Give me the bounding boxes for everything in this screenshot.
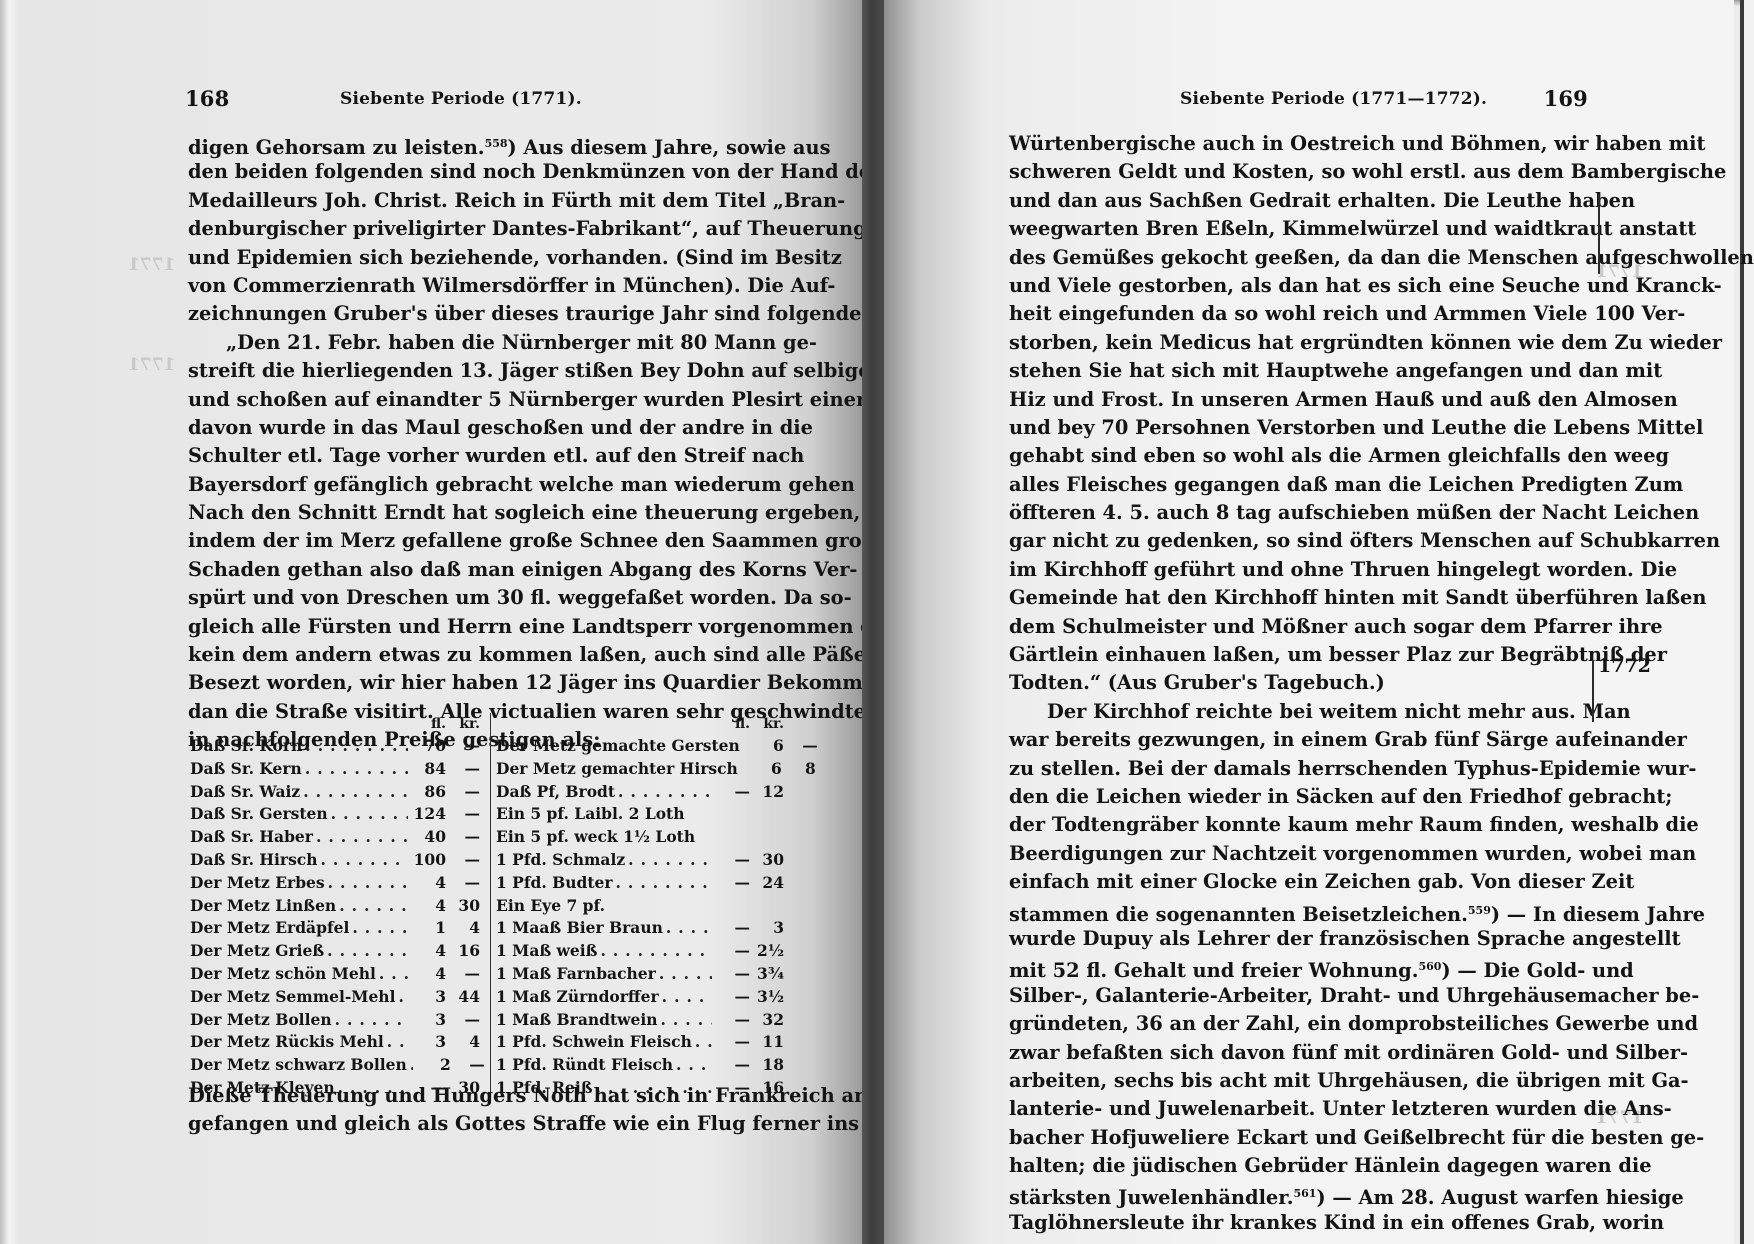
price-row: Daß Sr. Gersten.........................… <box>190 803 480 826</box>
text-line: öffteren 4. 5. auch 8 tag aufschieben mü… <box>1009 499 1589 527</box>
text-line: gleich alle Fürsten und Herrn eine Landt… <box>188 613 758 641</box>
price-kreuzer: 24 <box>750 872 784 895</box>
leader-dots: ............................. <box>325 872 408 895</box>
price-item: Ein Eye 7 pf. <box>496 895 605 918</box>
price-gulden: 2 <box>413 1054 451 1077</box>
price-item: Der Metz schwarz Bollen <box>190 1054 407 1077</box>
price-item: Der Metz Semmel-Mehl <box>190 986 395 1009</box>
text-line: dem Schulmeister und Mößner auch sogar d… <box>1009 613 1589 641</box>
text-line: gefangen und gleich als Gottes Straffe w… <box>188 1110 758 1138</box>
price-item: Daß Sr. Kern <box>190 758 302 781</box>
text-line: alles Fleisches gegangen daß man die Lei… <box>1009 471 1589 499</box>
price-item: Der Metz schön Mehl <box>190 963 376 986</box>
text-line: Besezt worden, wir hier haben 12 Jäger i… <box>188 669 758 697</box>
price-gulden: — <box>712 986 750 1009</box>
leader-dots: ............................. <box>332 1009 408 1032</box>
price-row: 1 Maß Brandtwein........................… <box>496 1009 784 1032</box>
price-row: Der Metz Semmel-Mehl....................… <box>190 986 480 1009</box>
price-row: Daß Sr. Haber...........................… <box>190 826 480 849</box>
text-line: zwar befaßten sich davon fünf mit ordinä… <box>1009 1039 1589 1067</box>
price-kreuzer: — <box>446 849 480 872</box>
text-line: gar nicht zu gedenken, so sind öfters Me… <box>1009 527 1589 555</box>
header-gulden: fl. <box>712 713 750 735</box>
price-item: Der Metz Grieß <box>190 940 324 963</box>
leader-dots: ............................. <box>663 917 712 940</box>
price-gulden: — <box>712 781 750 804</box>
price-row: Daß Sr. Waiz............................… <box>190 781 480 804</box>
price-kreuzer: 3¾ <box>750 963 784 986</box>
price-gulden: 70 <box>408 735 446 758</box>
price-row: Daß Sr. Kern............................… <box>190 758 480 781</box>
price-item: Daß Pf, Brodt <box>496 781 615 804</box>
text-line: Der Kirchhof reichte bei weitem nicht me… <box>1009 698 1589 726</box>
price-gulden: — <box>712 849 750 872</box>
leader-dots: ............................. <box>336 895 408 918</box>
running-head-title-left: Siebente Periode (1771). <box>340 89 582 109</box>
scan-left-edge <box>0 0 20 1244</box>
margin-bracket-mark <box>1598 194 1600 274</box>
price-row: Der Metz schön Mehl.....................… <box>190 963 480 986</box>
book-gutter-shadow <box>862 0 884 1244</box>
price-item: 1 Maß Farnbacher <box>496 963 656 986</box>
text-line: der Todtengräber konnte kaum mehr Raum f… <box>1009 811 1589 839</box>
price-gulden: 3 <box>408 1031 446 1054</box>
text-line: Würtenbergische auch in Oestreich und Bö… <box>1009 130 1589 158</box>
price-gulden: — <box>712 1054 750 1077</box>
text-line: war bereits gezwungen, in einem Grab fün… <box>1009 726 1589 754</box>
price-row: Daß Sr. Korn............................… <box>190 735 480 758</box>
footnote-ref[interactable]: 559 <box>1468 904 1491 917</box>
price-kreuzer: — <box>446 781 480 804</box>
price-row: Der Metz Erbes..........................… <box>190 872 480 895</box>
text-line: lanterie- und Juwelenarbeit. Unter letzt… <box>1009 1095 1589 1123</box>
text-line: Schulter etl. Tage vorher wurden etl. au… <box>188 442 758 470</box>
price-kreuzer: 11 <box>750 1031 784 1054</box>
leader-dots: ............................. <box>659 986 712 1009</box>
text-line: davon wurde in das Maul geschoßen und de… <box>188 414 758 442</box>
margin-year-rule <box>1592 660 1594 722</box>
leader-dots: ............................. <box>328 803 408 826</box>
left-body-text: digen Gehorsam zu leisten.558) Aus diese… <box>188 130 758 755</box>
header-kreuzer: kr. <box>446 713 480 735</box>
price-kreuzer: 3½ <box>750 986 784 1009</box>
text-line: digen Gehorsam zu leisten.558) Aus diese… <box>188 130 758 158</box>
price-gulden: 6 <box>746 735 784 758</box>
price-item: Der Metz gemachter Hirsch <box>496 758 738 781</box>
price-gulden: 84 <box>408 758 446 781</box>
price-gulden: 86 <box>408 781 446 804</box>
header-kreuzer: kr. <box>750 713 784 735</box>
leader-dots: ............................. <box>376 963 408 986</box>
text-line: des Gemüßes gekocht geeßen, da dan die M… <box>1009 244 1589 272</box>
price-gulden: — <box>712 1009 750 1032</box>
text-line: halten; die jüdischen Gebrüder Hänlein d… <box>1009 1152 1589 1180</box>
text-line: kein dem andern etwas zu kommen laßen, a… <box>188 641 758 669</box>
price-row: Daß Sr. Hirsch..........................… <box>190 849 480 872</box>
price-item: 1 Maaß Bier Braun <box>496 917 663 940</box>
price-gulden: — <box>712 963 750 986</box>
text-line: und Epidemien sich beziehende, vorhanden… <box>188 244 758 272</box>
price-item: Ein 5 pf. Laibl. 2 Loth <box>496 803 685 826</box>
price-row: 1 Pfd. Ründt Fleisch....................… <box>496 1054 784 1077</box>
text-line: Bayersdorf gefänglich gebracht welche ma… <box>188 471 758 499</box>
text-line: Todten.“ (Aus Gruber's Tagebuch.) <box>1009 669 1589 697</box>
price-kreuzer: 30 <box>446 895 480 918</box>
price-row: Der Metz Linßen.........................… <box>190 895 480 918</box>
leader-dots: ............................. <box>673 1054 712 1077</box>
price-gulden: 4 <box>408 895 446 918</box>
left-running-head: 168 Siebente Periode (1771). <box>185 86 760 111</box>
price-item: 1 Pfd. Ründt Fleisch <box>496 1054 673 1077</box>
text-line: zeichnungen Gruber's über dieses traurig… <box>188 300 758 328</box>
price-row: 1 Pfd. Schmalz..........................… <box>496 849 784 872</box>
price-row: Der Metz Rückis Mehl....................… <box>190 1031 480 1054</box>
text-line: stärksten Juwelenhändler.561) — Am 28. A… <box>1009 1180 1589 1208</box>
text-line: spürt und von Dreschen um 30 fl. weggefa… <box>188 584 758 612</box>
leader-dots: ............................. <box>613 872 712 895</box>
leader-dots: ............................. <box>625 849 712 872</box>
price-kreuzer: — <box>446 826 480 849</box>
price-row: Ein 5 pf. weck 1½ Loth <box>496 826 784 849</box>
footnote-ref[interactable]: 558 <box>485 137 508 150</box>
price-kreuzer: 3 <box>750 917 784 940</box>
price-row: 1 Maaß Bier Braun.......................… <box>496 917 784 940</box>
leader-dots: ............................. <box>302 758 408 781</box>
leader-dots: ............................. <box>692 1031 712 1054</box>
text-line: Hiz und Frost. In unseren Armen Hauß und… <box>1009 386 1589 414</box>
price-gulden: 3 <box>408 986 446 1009</box>
price-item: 1 Pfd. Schwein Fleisch <box>496 1031 692 1054</box>
leader-dots: ............................. <box>302 735 408 758</box>
show-through-margin-year: 1771 <box>128 255 175 275</box>
price-item: Daß Sr. Korn <box>190 735 302 758</box>
leader-dots: ............................. <box>349 917 408 940</box>
text-line: stehen Sie hat sich mit Hauptwehe angefa… <box>1009 357 1589 385</box>
price-gulden: — <box>712 872 750 895</box>
price-gulden: 1 <box>408 917 446 940</box>
text-line: den die Leichen wieder in Säcken auf den… <box>1009 783 1589 811</box>
text-line: einfach mit einer Glocke ein Zeichen gab… <box>1009 868 1589 896</box>
text-line: storben, kein Medicus hat ergründten kön… <box>1009 329 1589 357</box>
price-kreuzer: — <box>446 963 480 986</box>
price-row: 1 Maß weiß.............................—… <box>496 940 784 963</box>
show-through-margin-year: 1771 <box>128 355 175 375</box>
text-line: arbeiten, sechs bis acht mit Uhrgehäusen… <box>1009 1067 1589 1095</box>
leader-dots: ............................. <box>658 1009 713 1032</box>
price-gulden: 6 <box>744 758 782 781</box>
price-kreuzer: — <box>446 872 480 895</box>
page-number-right: 169 <box>1544 86 1588 111</box>
price-item: 1 Maß Zürndorffer <box>496 986 659 1009</box>
price-gulden: — <box>712 940 750 963</box>
price-table-header: fl. kr. <box>496 713 784 735</box>
left-closing-text: Dieße Theuerung und Hungers Noth hat sic… <box>188 1082 758 1139</box>
leader-dots: ............................. <box>597 940 712 963</box>
text-line: und dan aus Sachßen Gedrait erhalten. Di… <box>1009 187 1589 215</box>
text-line: wurde Dupuy als Lehrer der französischen… <box>1009 925 1589 953</box>
price-kreuzer: — <box>446 758 480 781</box>
price-item: 1 Pfd. Budter <box>496 872 613 895</box>
scan-right-margin <box>1744 0 1754 1244</box>
price-row: 1 Pfd. Schwein Fleisch..................… <box>496 1031 784 1054</box>
price-item: Daß Sr. Waiz <box>190 781 300 804</box>
price-item: 1 Maß weiß <box>496 940 597 963</box>
text-line: gehabt sind eben so wohl als die Armen g… <box>1009 442 1589 470</box>
text-line: gründeten, 36 an der Zahl, ein domprobst… <box>1009 1010 1589 1038</box>
leader-dots: ............................. <box>324 940 408 963</box>
price-kreuzer: — <box>784 735 818 758</box>
price-kreuzer: 30 <box>750 849 784 872</box>
text-line: Silber-, Galanterie-Arbeiter, Draht- und… <box>1009 982 1589 1010</box>
text-line: „Den 21. Febr. haben die Nürnberger mit … <box>188 329 758 357</box>
price-kreuzer: 2½ <box>750 940 784 963</box>
price-row: Der Metz Erdäpfel.......................… <box>190 917 480 940</box>
header-gulden: fl. <box>408 713 446 735</box>
price-kreuzer: 18 <box>750 1054 784 1077</box>
price-row: Der Metz gemachter Hirsch68 <box>496 758 784 781</box>
price-kreuzer: — <box>446 803 480 826</box>
right-body-text: Würtenbergische auch in Oestreich und Bö… <box>1009 130 1589 1237</box>
text-line: streift die hierliegenden 13. Jäger stiß… <box>188 357 758 385</box>
leader-dots: ............................. <box>384 1031 408 1054</box>
text-line: den beiden folgenden sind noch Denkmünze… <box>188 158 758 186</box>
price-row: Der Metz gemachte Gersten6— <box>496 735 784 758</box>
footnote-ref[interactable]: 561 <box>1293 1187 1316 1200</box>
price-item: Daß Sr. Hirsch <box>190 849 318 872</box>
leader-dots: ............................. <box>313 826 408 849</box>
price-kreuzer: — <box>446 735 480 758</box>
price-item: Der Metz gemachte Gersten <box>496 735 740 758</box>
margin-year-note: 1772 <box>1598 655 1651 677</box>
price-item: Der Metz Erbes <box>190 872 325 895</box>
price-kreuzer: — <box>446 1009 480 1032</box>
price-row: Daß Pf, Brodt...........................… <box>496 781 784 804</box>
price-gulden: 100 <box>408 849 446 872</box>
text-line: im Kirchhoff geführt und ohne Thruen hin… <box>1009 556 1589 584</box>
footnote-ref[interactable]: 560 <box>1418 960 1441 973</box>
price-item: Daß Sr. Gersten <box>190 803 328 826</box>
price-kreuzer: 32 <box>750 1009 784 1032</box>
text-line: Dieße Theuerung und Hungers Noth hat sic… <box>188 1082 758 1110</box>
price-table-header: fl. kr. <box>190 713 480 735</box>
text-line: weegwarten Bren Eßeln, Kimmelwürzel und … <box>1009 215 1589 243</box>
text-line: und Viele gestorben, als dan hat es sich… <box>1009 272 1589 300</box>
price-kreuzer: 8 <box>782 758 816 781</box>
price-item: Der Metz Rückis Mehl <box>190 1031 384 1054</box>
text-line: Medailleurs Joh. Christ. Reich in Fürth … <box>188 187 758 215</box>
running-head-title-right: Siebente Periode (1771—1772). <box>1180 89 1487 109</box>
price-gulden: 3 <box>408 1009 446 1032</box>
price-row: Ein Eye 7 pf. <box>496 895 784 918</box>
price-kreuzer: 16 <box>446 940 480 963</box>
text-line: zu stellen. Bei der damals herrschenden … <box>1009 755 1589 783</box>
price-gulden: — <box>712 917 750 940</box>
text-line: Taglöhnersleute ihr krankes Kind in ein … <box>1009 1209 1589 1237</box>
leader-dots: ............................. <box>395 986 408 1009</box>
scan-right-edge <box>1740 0 1744 1244</box>
price-table-left-column: fl. kr. Daß Sr. Korn....................… <box>190 713 491 1100</box>
price-item: Daß Sr. Haber <box>190 826 313 849</box>
price-gulden: 4 <box>408 963 446 986</box>
price-gulden: — <box>712 1031 750 1054</box>
text-line: stammen die sogenannten Beisetzleichen.5… <box>1009 897 1589 925</box>
leader-dots: ............................. <box>615 781 712 804</box>
text-line: und bey 70 Persohnen Verstorben und Leut… <box>1009 414 1589 442</box>
text-line: und schoßen auf einandter 5 Nürnberger w… <box>188 386 758 414</box>
price-kreuzer: — <box>451 1054 485 1077</box>
price-item: Der Metz Linßen <box>190 895 336 918</box>
price-row: 1 Pfd. Budter...........................… <box>496 872 784 895</box>
page-number-left: 168 <box>185 86 229 111</box>
text-line: heit eingefunden da so wohl reich und Ar… <box>1009 300 1589 328</box>
text-line: bacher Hofjuweliere Eckart und Geißelbre… <box>1009 1124 1589 1152</box>
price-row: Der Metz Bollen.........................… <box>190 1009 480 1032</box>
text-line: Nach den Schnitt Erndt hat sogleich eine… <box>188 499 758 527</box>
price-gulden: 4 <box>408 872 446 895</box>
price-kreuzer: 4 <box>446 1031 480 1054</box>
price-item: Der Metz Bollen <box>190 1009 332 1032</box>
price-row: Ein 5 pf. Laibl. 2 Loth <box>496 803 784 826</box>
price-gulden: 40 <box>408 826 446 849</box>
leader-dots: ............................. <box>300 781 408 804</box>
price-row: 1 Maß Farnbacher........................… <box>496 963 784 986</box>
price-gulden: 4 <box>408 940 446 963</box>
price-kreuzer: 44 <box>446 986 480 1009</box>
text-line: Beerdigungen zur Nachtzeit vorgenommen w… <box>1009 840 1589 868</box>
text-line: Gärtlein einhauen laßen, um besser Plaz … <box>1009 641 1589 669</box>
price-row: Der Metz schwarz Bollen.................… <box>190 1054 480 1077</box>
text-line: schweren Geldt und Kosten, so wohl erstl… <box>1009 158 1589 186</box>
text-line: von Commerzienrath Wilmersdörffer in Mün… <box>188 272 758 300</box>
text-line: denburgischer priveligirter Dantes-Fabri… <box>188 215 758 243</box>
text-line: indem der im Merz gefallene große Schnee… <box>188 527 758 555</box>
text-line: mit 52 fl. Gehalt und freier Wohnung.560… <box>1009 953 1589 981</box>
price-item: 1 Maß Brandtwein <box>496 1009 658 1032</box>
price-table-right-column: fl. kr. Der Metz gemachte Gersten6—Der M… <box>496 713 784 1100</box>
price-item: 1 Pfd. Schmalz <box>496 849 625 872</box>
price-item: Ein 5 pf. weck 1½ Loth <box>496 826 695 849</box>
price-kreuzer: 12 <box>750 781 784 804</box>
price-item: Der Metz Erdäpfel <box>190 917 349 940</box>
price-kreuzer: 4 <box>446 917 480 940</box>
price-gulden: 124 <box>408 803 446 826</box>
leader-dots: ............................. <box>656 963 712 986</box>
leader-dots: ............................. <box>318 849 408 872</box>
text-line: Gemeinde hat den Kirchhoff hinten mit Sa… <box>1009 584 1589 612</box>
price-row: Der Metz Grieß..........................… <box>190 940 480 963</box>
text-line: Schaden gethan also daß man einigen Abga… <box>188 556 758 584</box>
price-row: 1 Maß Zürndorffer.......................… <box>496 986 784 1009</box>
